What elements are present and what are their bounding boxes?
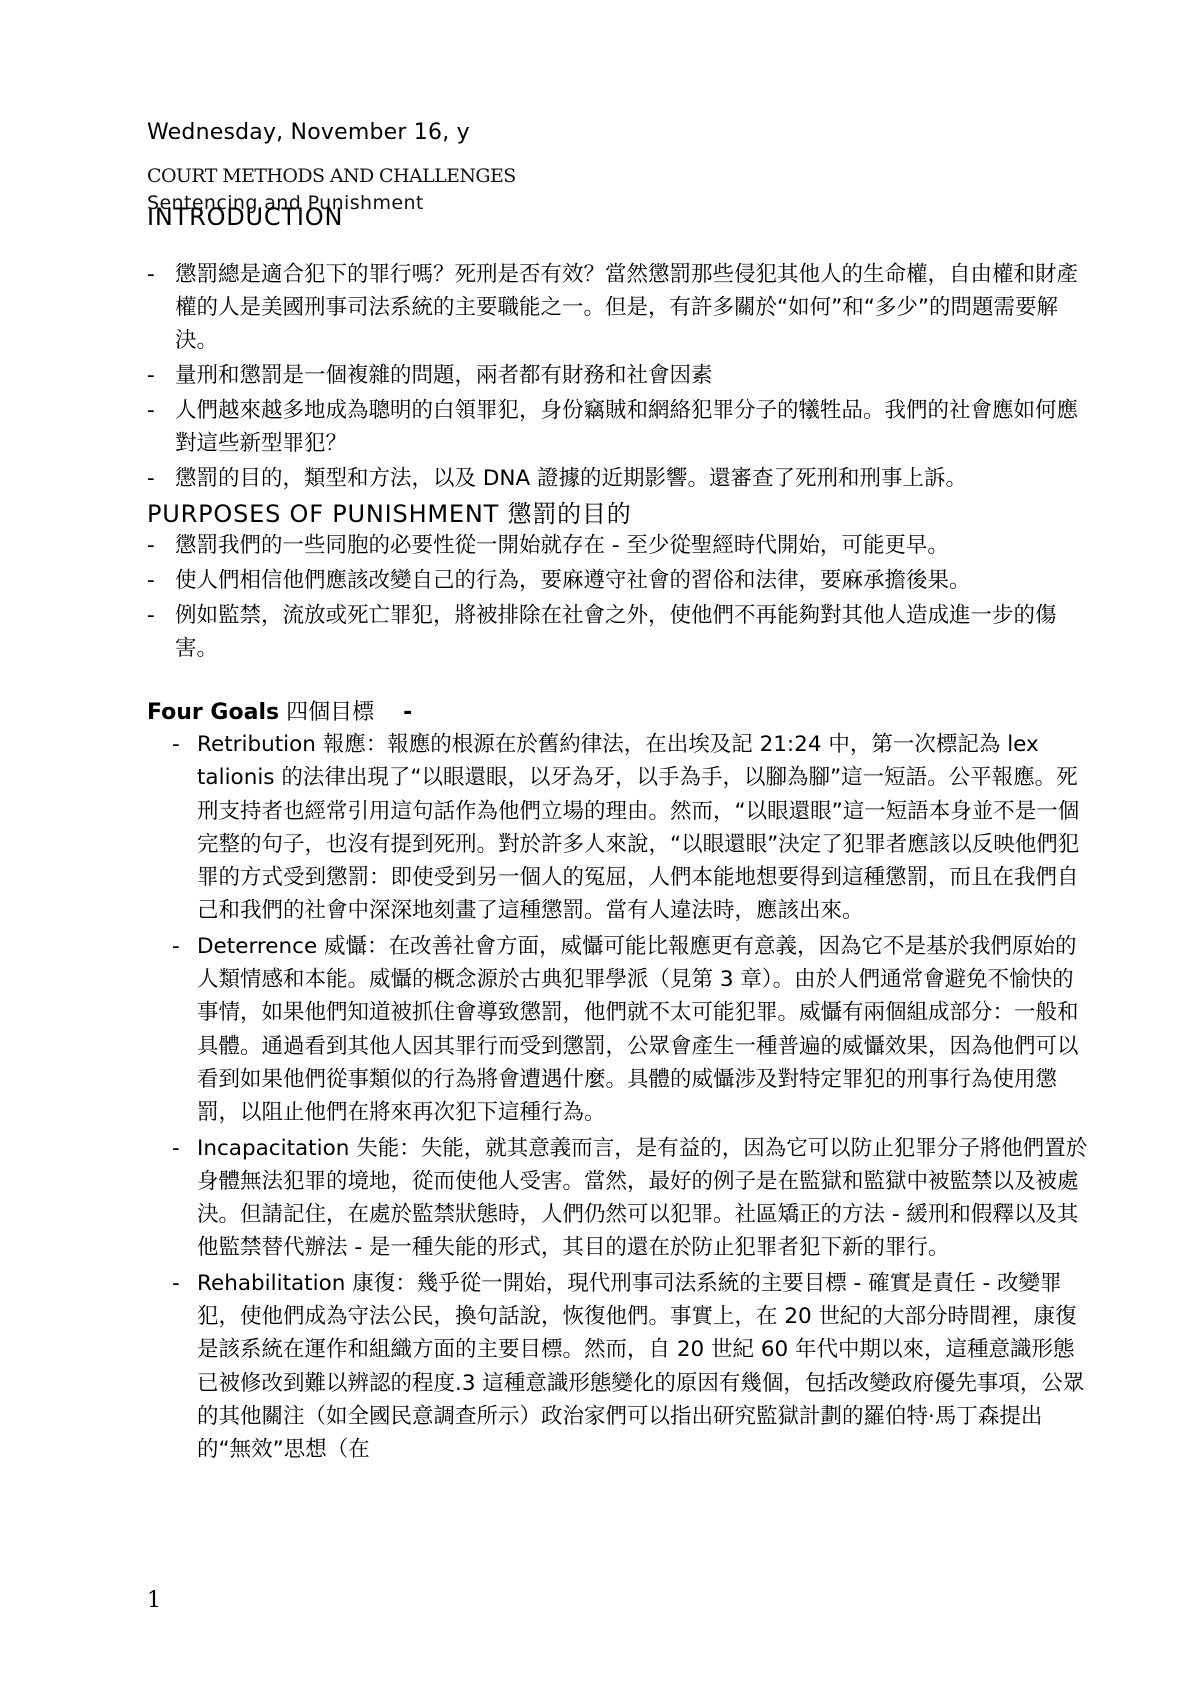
introduction-list: -懲罰總是適合犯下的罪行嗎？死刑是否有效？當然懲罰那些侵犯其他人的生命權，自由權… xyxy=(147,258,1097,497)
introduction-heading: INTRODUCTION xyxy=(147,203,343,231)
list-item-text: 例如監禁，流放或死亡罪犯，將被排除在社會之外，使他們不再能夠對其他人造成進一步的… xyxy=(175,603,1057,661)
four-goals-dash: - xyxy=(403,700,412,725)
list-item: -人們越來越多地成為聰明的白領罪犯，身份竊賊和網絡犯罪分子的犧牲品。我們的社會應… xyxy=(147,394,1097,460)
goal-retribution: -Retribution 報應：報應的根源在於舊約律法，在出埃及記 21:24 … xyxy=(172,728,1092,928)
goal-rehabilitation: -Rehabilitation 康復：幾乎從一開始，現代刑事司法系統的主要目標 … xyxy=(172,1267,1092,1467)
four-goals-title-en: Four Goals xyxy=(147,700,279,725)
list-item-text: 懲罰我們的一些同胞的必要性從一開始就存在 - 至少從聖經時代開始，可能更早。 xyxy=(175,533,949,558)
bullet-dash: - xyxy=(147,258,155,291)
bullet-dash: - xyxy=(172,1267,180,1300)
four-goals-list: -Retribution 報應：報應的根源在於舊約律法，在出埃及記 21:24 … xyxy=(172,728,1092,1469)
list-item: -例如監禁，流放或死亡罪犯，將被排除在社會之外，使他們不再能夠對其他人造成進一步… xyxy=(147,599,1097,665)
goal-term: Retribution xyxy=(197,732,316,757)
purposes-heading: PURPOSES OF PUNISHMENT 懲罰的目的 xyxy=(147,494,632,529)
bullet-dash: - xyxy=(147,529,155,562)
list-item: -懲罰的目的，類型和方法，以及 DNA 證據的近期影響。還審查了死刑和刑事上訴。 xyxy=(147,462,1097,495)
bullet-dash: - xyxy=(147,359,155,392)
list-item: -使人們相信他們應該改變自己的行為，要麻遵守社會的習俗和法律，要麻承擔後果。 xyxy=(147,564,1097,597)
list-item: -懲罰總是適合犯下的罪行嗎？死刑是否有效？當然懲罰那些侵犯其他人的生命權，自由權… xyxy=(147,258,1097,357)
goal-term: Deterrence xyxy=(197,934,317,959)
document-date: Wednesday, November 16, y xyxy=(147,120,470,145)
goal-deterrence: -Deterrence 威懾：在改善社會方面，威懾可能比報應更有意義，因為它不是… xyxy=(172,930,1092,1130)
list-item-text: 使人們相信他們應該改變自己的行為，要麻遵守社會的習俗和法律，要麻承擔後果。 xyxy=(175,568,971,593)
bullet-dash: - xyxy=(172,728,180,761)
list-item: -量刑和懲罰是一個複雜的問題，兩者都有財務和社會因素 xyxy=(147,359,1097,392)
list-item-text: 量刑和懲罰是一個複雜的問題，兩者都有財務和社會因素 xyxy=(175,363,713,388)
goal-text: 威懾：在改善社會方面，威懾可能比報應更有意義，因為它不是基於我們原始的人類情感和… xyxy=(197,934,1079,1125)
goal-term: Incapacitation xyxy=(197,1136,349,1161)
course-title: COURT METHODS AND CHALLENGES xyxy=(147,165,516,187)
bullet-dash: - xyxy=(147,599,155,632)
list-item-text: 懲罰總是適合犯下的罪行嗎？死刑是否有效？當然懲罰那些侵犯其他人的生命權，自由權和… xyxy=(175,262,1078,353)
list-item-text: 懲罰的目的，類型和方法，以及 DNA 證據的近期影響。還審查了死刑和刑事上訴。 xyxy=(175,466,967,491)
bullet-dash: - xyxy=(147,564,155,597)
four-goals-heading: Four Goals 四個目標 - xyxy=(147,695,412,726)
purposes-list: -懲罰我們的一些同胞的必要性從一開始就存在 - 至少從聖經時代開始，可能更早。 … xyxy=(147,529,1097,667)
page-number: 1 xyxy=(147,1588,161,1613)
goal-incapacitation: -Incapacitation 失能：失能，就其意義而言，是有益的，因為它可以防… xyxy=(172,1132,1092,1265)
list-item: -懲罰我們的一些同胞的必要性從一開始就存在 - 至少從聖經時代開始，可能更早。 xyxy=(147,529,1097,562)
goal-text: 康復：幾乎從一開始，現代刑事司法系統的主要目標 - 確實是責任 - 改變罪犯，使… xyxy=(197,1271,1084,1462)
four-goals-title-zh: 四個目標 xyxy=(286,700,374,725)
bullet-dash: - xyxy=(147,462,155,495)
bullet-dash: - xyxy=(172,1132,180,1165)
bullet-dash: - xyxy=(147,394,155,427)
goal-text: 報應：報應的根源在於舊約律法，在出埃及記 21:24 中，第一次標記為 lex … xyxy=(197,732,1079,923)
document-page: Wednesday, November 16, y COURT METHODS … xyxy=(0,0,1200,1698)
bullet-dash: - xyxy=(172,930,180,963)
goal-term: Rehabilitation xyxy=(197,1271,345,1296)
list-item-text: 人們越來越多地成為聰明的白領罪犯，身份竊賊和網絡犯罪分子的犧牲品。我們的社會應如… xyxy=(175,398,1078,456)
